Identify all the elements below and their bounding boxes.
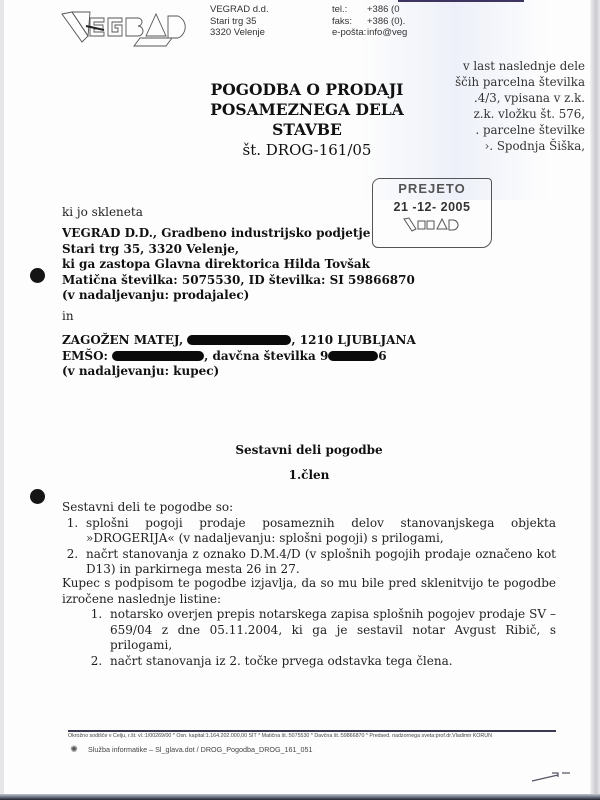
document-title: POGODBA O PRODAJI POSAMEZNEGA DELA STAVB… bbox=[180, 80, 434, 160]
company-contacts: tel.:+386 (0 faks:+386 (0). e-pošta:info… bbox=[332, 4, 407, 39]
stamp-date: 21 -12- 2005 bbox=[373, 200, 491, 214]
punch-hole bbox=[30, 489, 45, 504]
company-address: VEGRAD d.d. Stari trg 35 3320 Velenje bbox=[210, 4, 269, 39]
company-name: VEGRAD d.d. bbox=[210, 4, 269, 16]
vegrad-logo-icon bbox=[60, 4, 198, 48]
page-bottom-edge bbox=[0, 794, 600, 800]
document-number: št. DROG-161/05 bbox=[180, 140, 434, 160]
company-city: 3320 Velenje bbox=[210, 27, 269, 39]
parties-conjunction: in bbox=[62, 309, 74, 325]
contact-fax: faks:+386 (0). bbox=[332, 16, 407, 28]
list-item: načrt stanovanja iz 2. točke prvega odst… bbox=[106, 654, 556, 670]
article-heading: 1.člen bbox=[62, 468, 556, 482]
buyer-name-line: ZAGOŽEN MATEJ, , 1210 LJUBLJANA bbox=[62, 333, 416, 349]
section-heading: Sestavni deli pogodbe bbox=[62, 443, 556, 457]
stamp-label: PREJETO bbox=[373, 181, 491, 196]
signature-scribble-icon bbox=[530, 765, 580, 785]
underlying-page-text: v last naslednje dele ščih parcelna štev… bbox=[425, 58, 585, 154]
buyer-block: ZAGOŽEN MATEJ, , 1210 LJUBLJANA EMŠO: , … bbox=[62, 333, 416, 380]
footer-rule bbox=[68, 730, 556, 732]
buyer-statement: Kupec s podpisom te pogodbe izjavlja, da… bbox=[62, 576, 556, 669]
parties-intro: ki jo skleneta bbox=[62, 205, 143, 221]
redacted-address bbox=[187, 335, 291, 345]
contact-email: e-pošta:info@veg bbox=[332, 27, 407, 39]
contact-phone: tel.:+386 (0 bbox=[332, 4, 407, 16]
redacted-emso bbox=[112, 351, 204, 361]
page-edge bbox=[590, 0, 600, 800]
list-item: načrt stanovanja z oznako D.M.4/D (v spl… bbox=[82, 547, 556, 578]
company-street: Stari trg 35 bbox=[210, 16, 269, 28]
footer-service-line: ✺Služba informatike – Sl_glava.dot / DRO… bbox=[68, 744, 313, 755]
list-item: notarsko overjen prepis notarskega zapis… bbox=[106, 607, 556, 654]
sun-icon: ✺ bbox=[68, 744, 80, 755]
buyer-id-line: EMŠO: , davčna številka 96 bbox=[62, 349, 416, 365]
header-rule bbox=[398, 0, 524, 2]
footer-registration: Okrožno sodišče v Celju, r.št. vl.:1/002… bbox=[68, 733, 492, 739]
punch-hole bbox=[30, 268, 45, 283]
redacted-tax-number bbox=[328, 351, 378, 361]
seller-block: VEGRAD D.D., Gradbeno industrijsko podje… bbox=[62, 226, 415, 304]
components-list: Sestavni deli te pogodbe so: splošni pog… bbox=[62, 500, 556, 578]
scan-shadow bbox=[0, 0, 4, 800]
list-item: splošni pogoji prodaje posameznih delov … bbox=[82, 516, 556, 547]
